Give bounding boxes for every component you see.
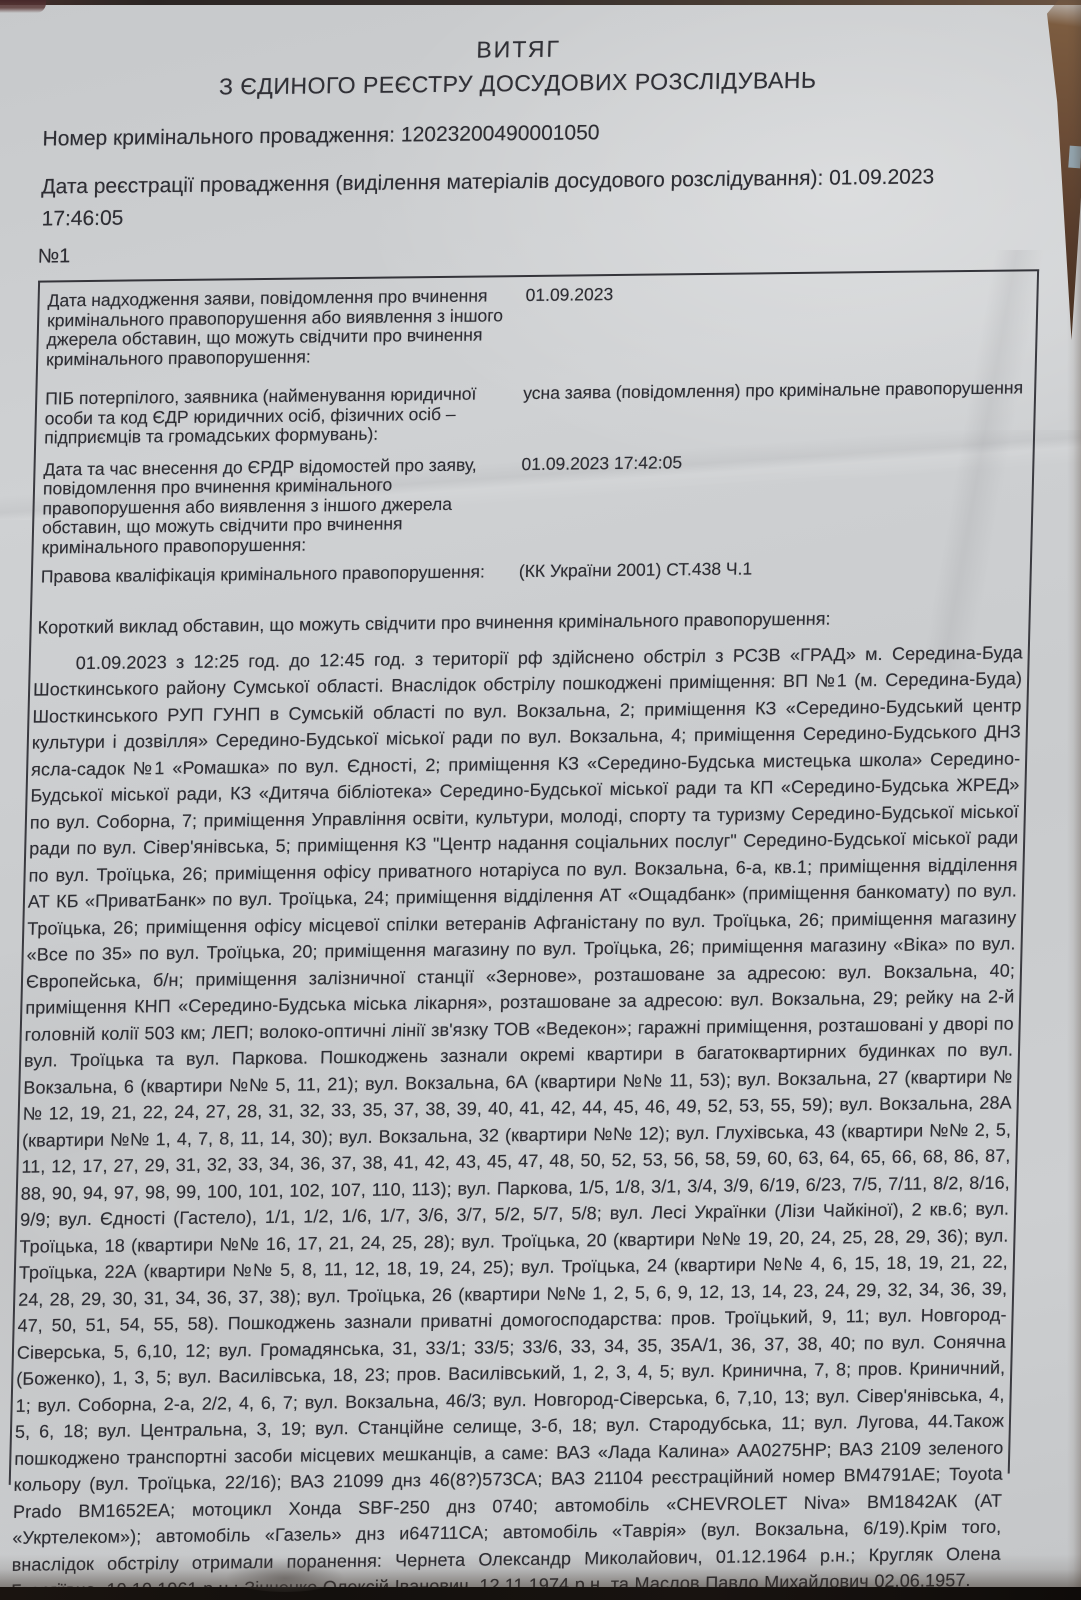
row-label-erdr-entry: Дата та час внесення до ЄРДР відомостей … <box>41 455 505 558</box>
scanned-document-photo: ВИТЯГ З ЄДИНОГО РЕЄСТРУ ДОСУДОВИХ РОЗСЛІ… <box>0 0 1081 1600</box>
row-label-date-received: Дата надходження заяви, повідомлення про… <box>46 286 510 369</box>
table-row: Дата надходження заяви, повідомлення про… <box>38 280 1037 369</box>
summary-section-label: Короткий виклад обставин, що можуть свід… <box>31 606 1028 637</box>
document-subtitle: З ЄДИНОГО РЕЄСТРУ ДОСУДОВИХ РОЗСЛІДУВАНЬ <box>0 64 1038 103</box>
row-value-erdr-entry: 01.09.2023 17:42:05 <box>521 449 1032 474</box>
record-number: №1 <box>37 245 70 268</box>
paper-bottom-shadow <box>0 1554 1081 1588</box>
case-number-label: Номер кримінального провадження: <box>42 124 395 151</box>
row-value-date-received: 01.09.2023 <box>525 280 1036 305</box>
case-number-value: 12023200490001050 <box>401 121 600 146</box>
document-title: ВИТЯГ <box>0 30 1039 69</box>
table-row: Правова кваліфікація кримінального право… <box>33 556 1030 587</box>
row-value-claimant: усна заява (повідомлення) про кримінальн… <box>523 378 1034 403</box>
document-page: ВИТЯГ З ЄДИНОГО РЕЄСТРУ ДОСУДОВИХ РОЗСЛІ… <box>0 0 1081 1600</box>
table-row: ПІБ потерпілого, заявника (найменування … <box>36 378 1034 448</box>
row-label-claimant: ПІБ потерпілого, заявника (найменування … <box>44 384 507 448</box>
registration-date-line: Дата реєстрації провадження (виділення м… <box>41 164 1022 199</box>
summary-text: 01.09.2023 з 12:25 год. до 12:45 год. з … <box>8 639 1028 1600</box>
registration-time-line: 17:46:05 <box>41 207 123 232</box>
table-row: Дата та час внесення до ЄРДР відомостей … <box>33 449 1032 558</box>
row-value-legal-qualification: (КК України 2001) СТ.438 Ч.1 <box>519 556 1030 581</box>
table-surface-bottom <box>0 1587 1081 1600</box>
case-number-line: Номер кримінального провадження:12023200… <box>42 121 599 151</box>
shadow-smudge <box>225 1558 345 1592</box>
record-table: Дата надходження заяви, повідомлення про… <box>9 269 1039 1485</box>
row-label-legal-qualification: Правова кваліфікація кримінального право… <box>41 562 503 587</box>
